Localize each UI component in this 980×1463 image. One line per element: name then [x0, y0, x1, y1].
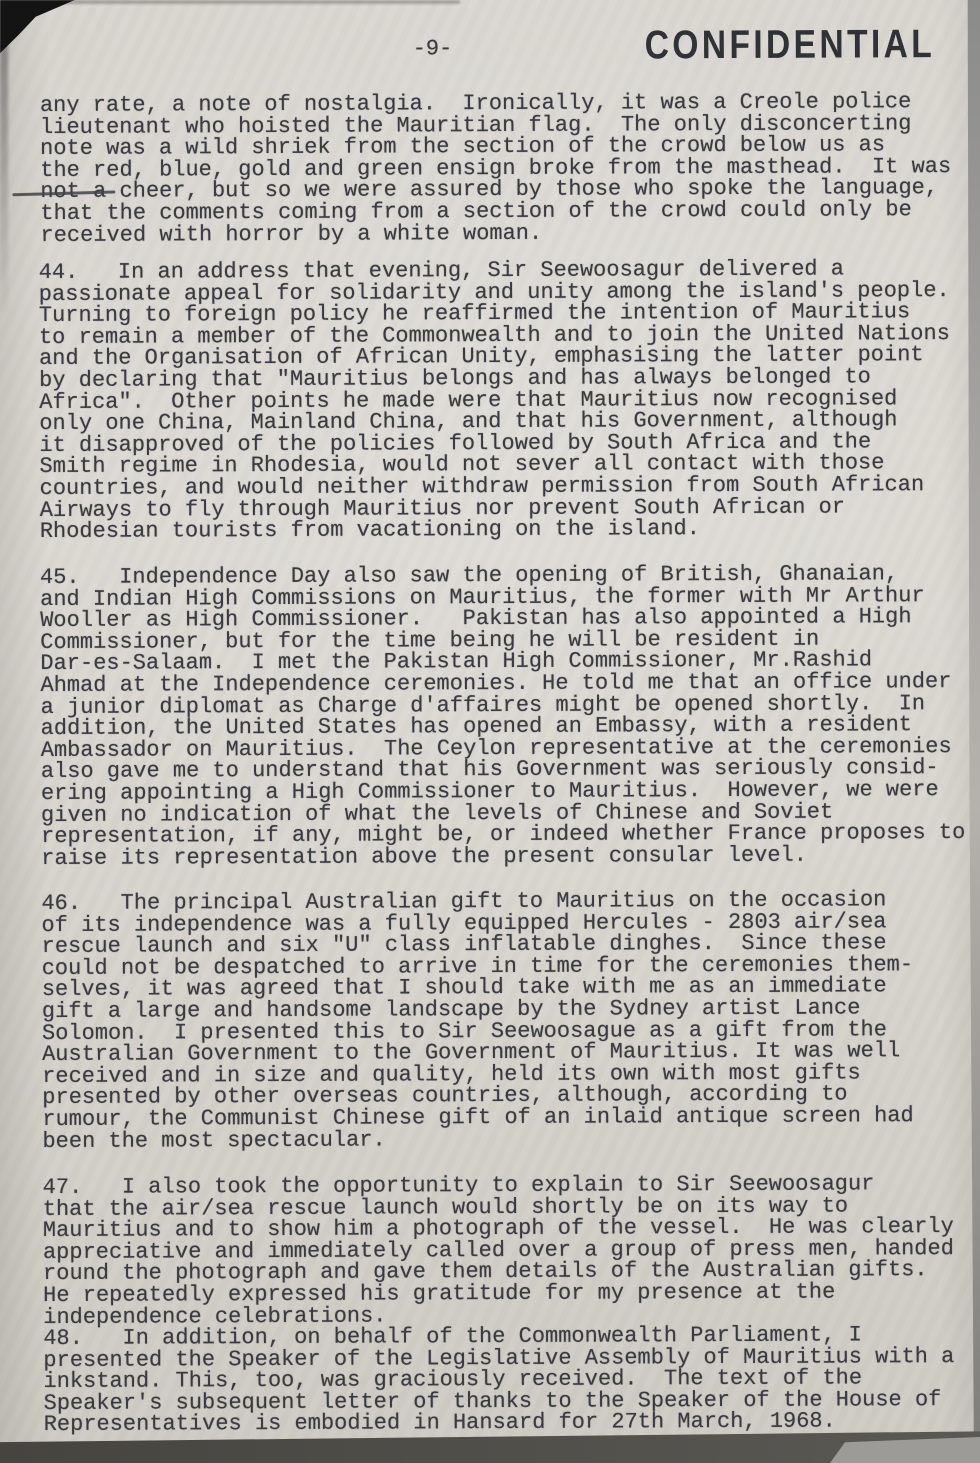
paragraph-47: 47. I also took the opportunity to expla… [43, 1173, 955, 1328]
paragraph-46: 46. The principal Australian gift to Mau… [41, 889, 913, 1152]
page-content: -9- CONFIDENTIAL any rate, a note of nos… [0, 0, 980, 1463]
paragraph-44: 44. In an address that evening, Sir Seew… [39, 258, 951, 543]
scan-edge-left [0, 40, 8, 320]
scanned-document-photo: -9- CONFIDENTIAL any rate, a note of nos… [0, 0, 980, 1463]
confidential-stamp: CONFIDENTIAL [645, 22, 936, 68]
scan-edge-top [60, 0, 460, 4]
paragraph-intro: any rate, a note of nostalgia. Ironicall… [40, 91, 952, 246]
paragraph-48: 48. In addition, on behalf of the Common… [43, 1324, 954, 1436]
paragraph-45: 45. Independence Day also saw the openin… [40, 563, 965, 869]
page-number: -9- [413, 38, 453, 60]
